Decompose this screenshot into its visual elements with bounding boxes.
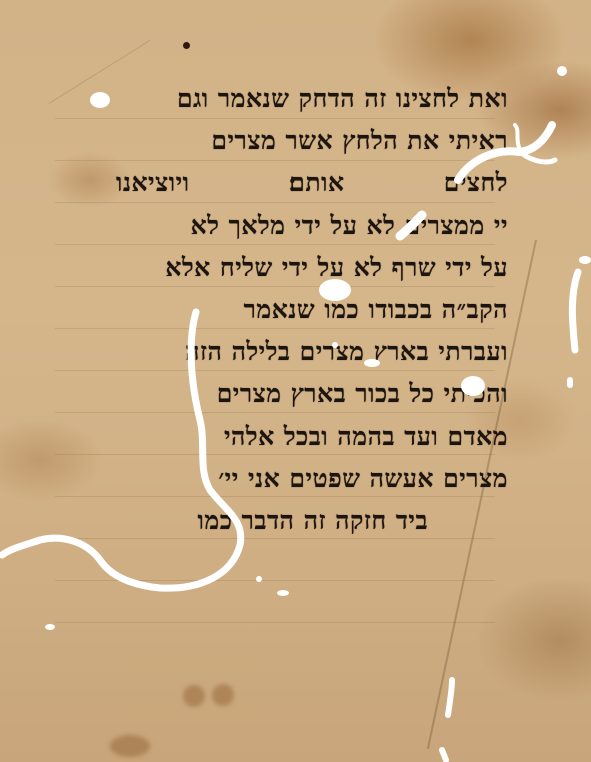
manuscript-page: ואת לחצינו זה הדחק שנאמר וגם ראיתי את הל… — [0, 0, 591, 762]
damage-marks — [0, 0, 591, 762]
